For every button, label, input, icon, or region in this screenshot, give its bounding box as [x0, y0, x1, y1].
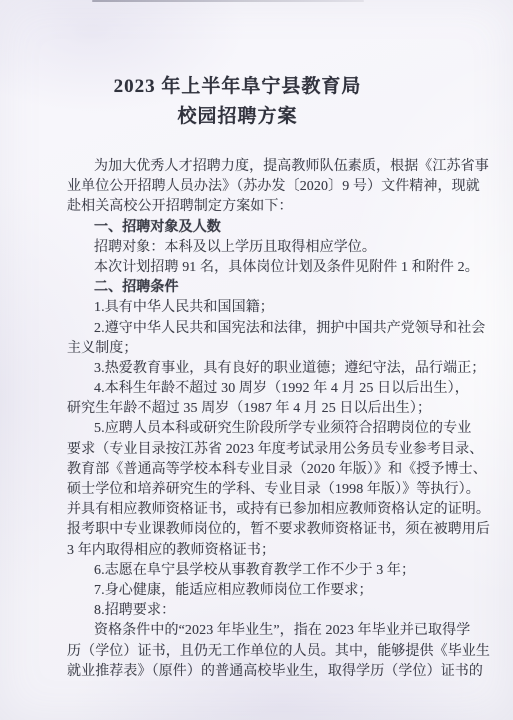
document-line: 为加大优秀人才招聘力度，提高教师队伍素质，根据《江苏省事 [67, 157, 467, 177]
document-line: 赴相关高校公开招聘制定方案如下： [67, 197, 467, 217]
document-body: 为加大优秀人才招聘力度，提高教师队伍素质，根据《江苏省事业单位公开招聘人员办法》… [67, 157, 467, 682]
document-line: 3.热爱教育事业，具有良好的职业道德；遵纪守法，品行端正； [67, 359, 467, 379]
document-line: 资格条件中的“2023 年毕业生”，指在 2023 年毕业并已取得学 [67, 621, 467, 641]
document-line: 1.具有中华人民共和国国籍； [67, 298, 467, 318]
document-title: 2023 年上半年阜宁县教育局 校园招聘方案 [0, 72, 484, 132]
scanned-document-page: { "document": { "title_lines": [ "2023 年… [0, 0, 513, 720]
document-line: 7.身心健康，能适应相应教师岗位工作要求； [67, 581, 467, 601]
document-line: 主义制度； [67, 339, 467, 359]
document-line: 8.招聘要求： [67, 601, 467, 621]
document-line: 3 年内取得相应的教师资格证书； [67, 541, 467, 561]
document-line: 报考职中专业课教师岗位的，暂不要求教师资格证书，须在被聘用后 [67, 520, 467, 540]
page-title-line-1: 2023 年上半年阜宁县教育局 [0, 72, 484, 102]
document-line: 2.遵守中华人民共和国宪法和法律，拥护中国共产党领导和社会 [67, 319, 467, 339]
section-heading: 一、招聘对象及人数 [67, 218, 467, 238]
document-line: 并具有相应教师资格证书，或持有已参加相应教师资格认定的证明。 [67, 500, 467, 520]
page-title-line-2: 校园招聘方案 [0, 102, 484, 132]
document-line: 就业推荐表》（原件）的普通高校毕业生，取得学历（学位）证书的 [67, 662, 467, 682]
section-heading: 二、招聘条件 [67, 278, 467, 298]
document-line: 硕士学位和培养研究生的学科、专业目录（1998 年版）》等执行）。 [67, 480, 467, 500]
document-line: 4.本科生年龄不超过 30 周岁（1992 年 4 月 25 日以后出生）， [67, 379, 467, 399]
document-line: 招聘对象：本科及以上学历且取得相应学位。 [67, 238, 467, 258]
document-line: 6.志愿在阜宁县学校从事教育教学工作不少于 3 年； [67, 561, 467, 581]
document-line: 5.应聘人员本科或研究生阶段所学专业须符合招聘岗位的专业 [67, 419, 467, 439]
document-line: 研究生年龄不超过 35 周岁（1987 年 4 月 25 日以后出生）； [67, 399, 467, 419]
document-line: 要求（专业目录按江苏省 2023 年度考试录用公务员专业参考目录、 [67, 440, 467, 460]
document-line: 历（学位）证书，且仍无工作单位的人员。其中，能够提供《毕业生 [67, 642, 467, 662]
document-line: 本次计划招聘 91 名，具体岗位计划及条件见附件 1 和附件 2。 [67, 258, 467, 278]
document-line: 教育部《普通高等学校本科专业目录（2020 年版）》和《授予博士、 [67, 460, 467, 480]
scan-edge-artifact [92, 0, 364, 2]
document-line: 业单位公开招聘人员办法》（苏办发〔2020〕9 号）文件精神，现就 [67, 177, 467, 197]
